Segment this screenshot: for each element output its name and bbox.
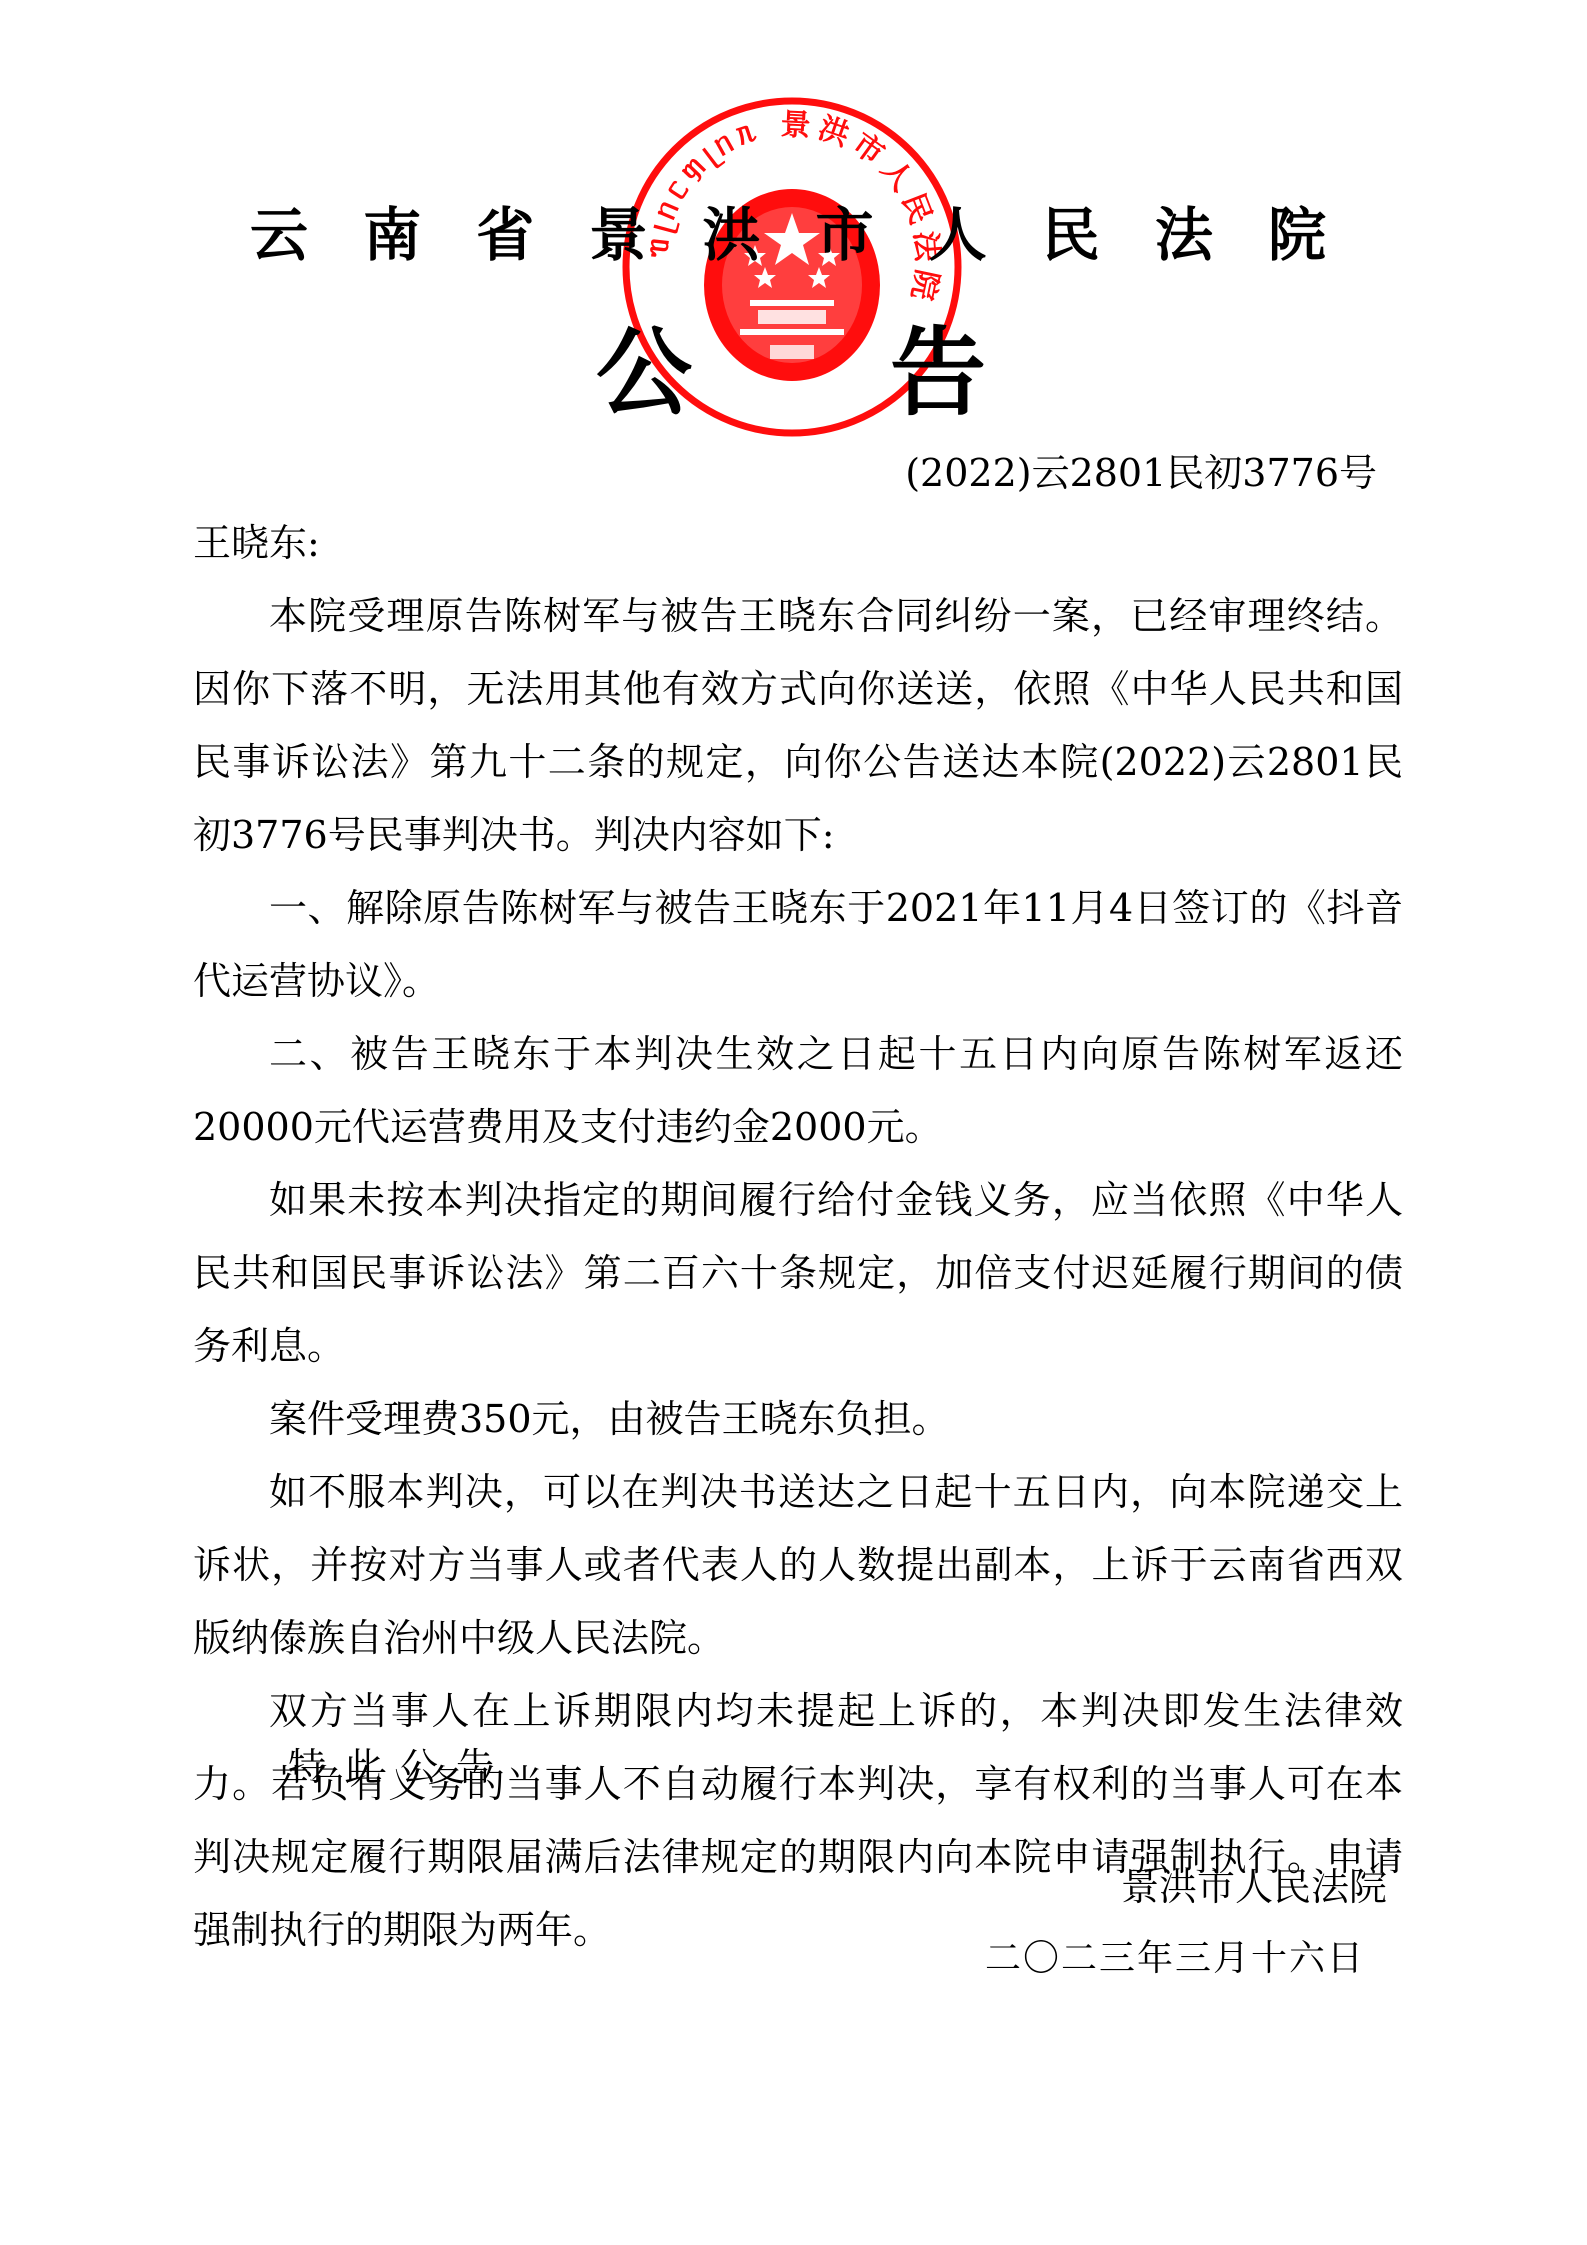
paragraph-enforcement: 双方当事人在上诉期限内均未提起上诉的，本判决即发生法律效力。若负有义务的当事人不… [193,1675,1403,1967]
paragraph-late-payment: 如果未按本判决指定的期间履行给付金钱义务，应当依照《中华人民共和国民事诉讼法》第… [193,1164,1403,1383]
notice-page: ᥓᥨᥒᥴᥞᥨᥒᥰ 景洪市人民法院 云 南 省 景 洪 市 人 民 法 院 公 告… [0,0,1587,2245]
paragraph-ruling-1: 一、解除原告陈树军与被告王晓东于2021年11月4日签订的《抖音代运营协议》。 [193,872,1403,1018]
title-char: 南 [361,200,423,270]
paragraph-intro: 本院受理原告陈树军与被告王晓东合同纠纷一案，已经审理终结。因你下落不明，无法用其… [193,580,1403,872]
title-char: 云 [248,200,310,270]
addressee: 王晓东: [193,518,320,568]
signature-court: 景洪市人民法院 [1121,1862,1387,1912]
case-number: (2022)云2801民初3776号 [905,448,1377,498]
heading-char: 告 [890,318,986,428]
title-char: 法 [1153,200,1215,270]
notice-heading: 公 告 [596,318,986,428]
heading-char: 公 [596,318,692,428]
paragraph-appeal: 如不服本判决，可以在判决书送达之日起十五日内，向本院递交上诉状，并按对方当事人或… [193,1456,1403,1675]
paragraph-ruling-2: 二、被告王晓东于本判决生效之日起十五日内向原告陈树军返还20000元代运营费用及… [193,1018,1403,1164]
title-char: 民 [1040,200,1102,270]
closing-statement: 特此公告 [288,1742,512,1792]
title-char: 院 [1266,200,1328,270]
title-char: 省 [474,200,536,270]
paragraph-court-fee: 案件受理费350元，由被告王晓东负担。 [193,1383,1403,1456]
signature-date: 二〇二三年三月十六日 [985,1934,1365,1984]
